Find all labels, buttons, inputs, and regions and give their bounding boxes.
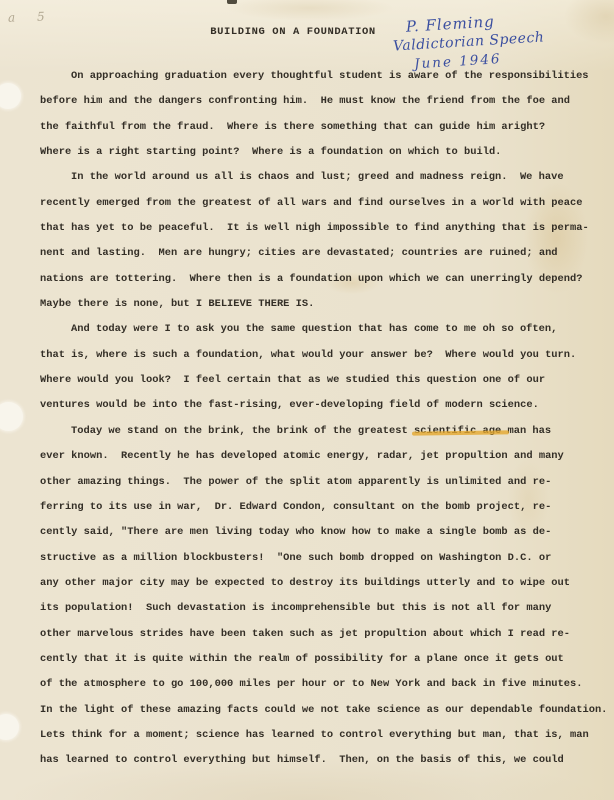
pencil-annotation: a 5: [8, 9, 54, 25]
punch-hole-bottom: [0, 714, 19, 740]
typed-line: cently said, "There are men living today…: [40, 520, 607, 545]
line-segment: Today we stand on the brink, the brink o…: [71, 425, 414, 437]
typed-line: other amazing things. The power of the s…: [40, 470, 607, 495]
typed-line: other marvelous strides have been taken …: [40, 622, 607, 647]
typed-line: nations are tottering. Where then is a f…: [40, 267, 607, 292]
typed-line: In the light of these amazing facts coul…: [40, 698, 607, 723]
typed-line: that has yet to be peaceful. It is well …: [40, 216, 607, 241]
typed-line: that is, where is such a foundation, wha…: [40, 343, 607, 368]
page-edge-mark: [227, 0, 237, 4]
typed-line: before him and the dangers confronting h…: [40, 89, 607, 114]
typed-line: Maybe there is none, but I BELIEVE THERE…: [40, 292, 607, 317]
punch-hole-top: [0, 83, 21, 109]
typed-line: recently emerged from the greatest of al…: [40, 191, 607, 216]
typed-line: ferring to its use in war, Dr. Edward Co…: [40, 495, 607, 520]
typed-line: the faithful from the fraud. Where is th…: [40, 115, 607, 140]
typed-line: In the world around us all is chaos and …: [40, 165, 607, 190]
typed-line: its population! Such devastation is inco…: [40, 596, 607, 621]
typed-line: nent and lasting. Men are hungry; cities…: [40, 241, 607, 266]
typed-line: ventures would be into the fast-rising, …: [40, 393, 607, 418]
typed-line: cently that it is quite within the realm…: [40, 647, 607, 672]
typed-line: has learned to control everything but hi…: [40, 748, 607, 773]
typed-line: On approaching graduation every thoughtf…: [40, 64, 607, 89]
scanned-document-page: a 5 BUILDING ON A FOUNDATION P. Fleming …: [0, 0, 614, 800]
typed-line: any other major city may be expected to …: [40, 571, 607, 596]
typed-line: Today we stand on the brink, the brink o…: [40, 419, 607, 444]
highlighted-phrase: scientific age: [414, 425, 501, 437]
typed-line: Where is a right starting point? Where i…: [40, 140, 607, 165]
document-body: On approaching graduation every thoughtf…: [40, 64, 607, 774]
typed-line: ever known. Recently he has developed at…: [40, 444, 607, 469]
typed-line: of the atmosphere to go 100,000 miles pe…: [40, 672, 607, 697]
punch-hole-middle: [0, 402, 23, 431]
typed-line: Lets think for a moment; science has lea…: [40, 723, 607, 748]
typed-line: Where would you look? I feel certain tha…: [40, 368, 607, 393]
typed-line: And today were I to ask you the same que…: [40, 317, 607, 342]
typed-line: structive as a million blockbusters! "On…: [40, 546, 607, 571]
